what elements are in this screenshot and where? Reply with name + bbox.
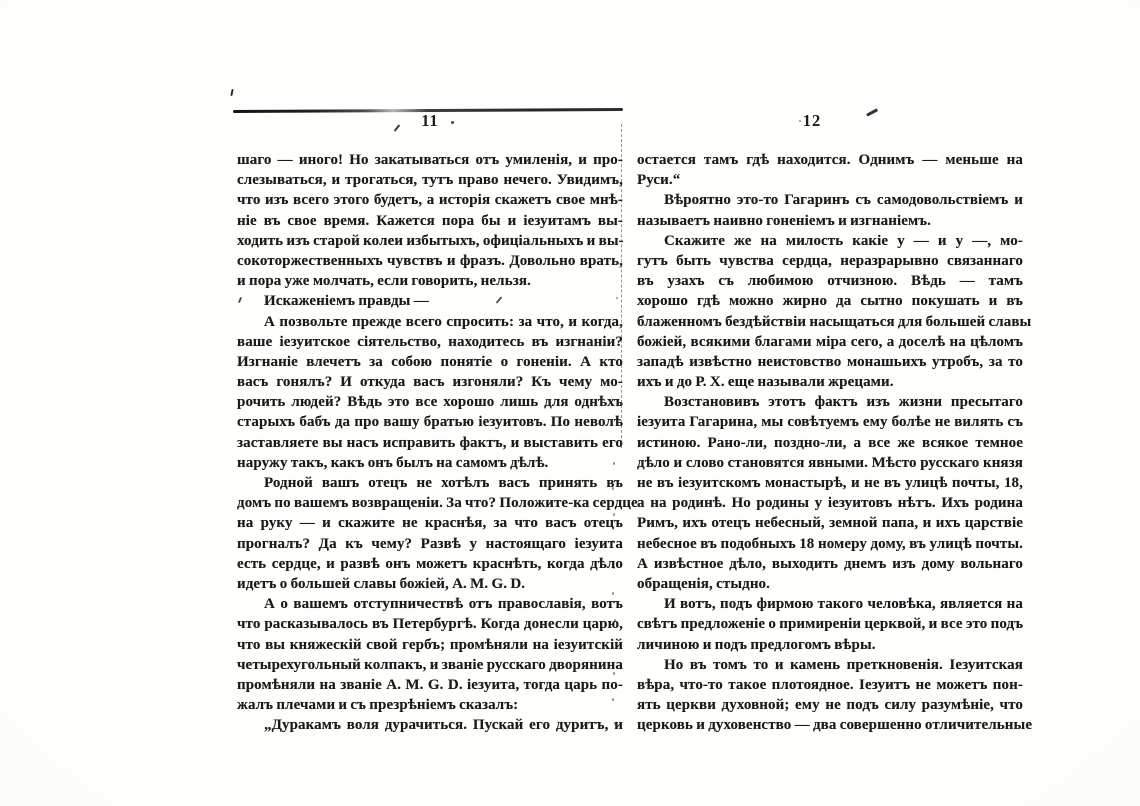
text-line: заставляете вы насъ исправить фактъ, и в… — [237, 433, 623, 453]
text-line: Римъ, ихъ отецъ небесный, земной папа, и… — [637, 513, 1023, 533]
text-line: ходить изъ старой колеи избытыхъ, офиціа… — [237, 231, 623, 251]
gutter-speck — [613, 672, 615, 675]
gutter-speck — [613, 462, 615, 465]
gutter-speck — [612, 646, 614, 649]
text-line: божіей, всякими благами міра сего, а дос… — [637, 332, 1023, 352]
text-line: что вы княжескій свой гербъ; промѣняли н… — [237, 635, 623, 655]
ink-speck — [230, 89, 233, 96]
text-line: хорошо гдѣ можно жирно да сытно покушать… — [637, 291, 1023, 311]
text-line: Скажите же на милость какіе у — и у —, м… — [637, 231, 1023, 251]
text-line: гутъ быть чувства сердца, неразрарывно с… — [637, 251, 1023, 271]
page-number-left: 11 — [237, 111, 623, 131]
gutter-binding-marks — [621, 124, 622, 448]
text-line: дѣло и слово становятся явными. Мѣсто ру… — [637, 453, 1023, 473]
page-12-text-column: остается тамъ гдѣ находится. Однимъ — ме… — [637, 150, 1023, 735]
text-line: личиною и подъ предлогомъ вѣры. — [637, 635, 1023, 655]
text-line: Искаженіемъ правды — — [237, 291, 623, 311]
text-line: въ узахъ съ любимою отчизною. Вѣдь — там… — [637, 271, 1023, 291]
text-line: Родной вашъ отецъ не хотѣлъ васъ принять… — [237, 473, 623, 493]
text-line: шаго — иного! Но закатываться отъ умилен… — [237, 150, 623, 170]
text-line: ваше іезуитское сіятельство, находитесь … — [237, 332, 623, 352]
gutter-speck — [614, 722, 616, 725]
text-line: А о вашемъ отступничествѣ отъ православі… — [237, 594, 623, 614]
text-line: Но въ томъ то и камень преткновенія. Іез… — [637, 655, 1023, 675]
text-line: ихъ и до Р. Х. еще называли жрецами. — [637, 372, 1023, 392]
text-line: старыхъ бабъ да про вашу братью іезуитов… — [237, 412, 623, 432]
text-line: рочить людей? Вѣдь это все хорошо лишь д… — [237, 392, 623, 412]
text-line: остается тамъ гдѣ находится. Однимъ — ме… — [637, 150, 1023, 170]
text-line: что изъ всего этого будетъ, а исторія ск… — [237, 190, 623, 210]
text-line: есть сердце, и развѣ онъ можетъ краснѣть… — [237, 554, 623, 574]
gutter-speck — [614, 619, 616, 622]
ink-speck — [616, 297, 618, 299]
text-line: прогналъ? Да къ чему? Развѣ у настоящаго… — [237, 534, 623, 554]
text-line: а на родинѣ. Но родины у іезуитовъ нѣтъ.… — [637, 493, 1023, 513]
text-line: и пора уже молчать, если говорить, нельз… — [237, 271, 623, 291]
text-line: Изгнаніе влечетъ за собою понятіе о гоне… — [237, 352, 623, 372]
text-line: четырехугольный колпакъ, и званіе русска… — [237, 655, 623, 675]
scanned-book-spread: 11 12 шаго — иного! Но закатываться отъ … — [0, 0, 1140, 806]
text-line: идетъ о большей славы божіей, A. M. G. D… — [237, 574, 623, 594]
text-line: Возстановивъ этотъ фактъ изъ жизни пресы… — [637, 392, 1023, 412]
gutter-speck — [612, 592, 614, 595]
text-line: И вотъ, подъ фирмою такого человѣка, явл… — [637, 594, 1023, 614]
text-line: жалъ плечами и съ презрѣніемъ сказалъ: — [237, 695, 623, 715]
ink-speck — [451, 121, 454, 124]
text-line: на руку — и скажите не краснѣя, за что в… — [237, 513, 623, 533]
text-line: домъ по вашемъ возвращеніи. За что? Поло… — [237, 493, 623, 513]
text-line: Вѣроятно это-то Гагаринъ съ самодовольст… — [637, 190, 1023, 210]
text-line: западѣ извѣстно неистовство монашьихъ ут… — [637, 352, 1023, 372]
text-line: называетъ наивно гоненіемъ и изгнаніемъ. — [637, 211, 1023, 231]
text-line: свѣтъ предложеніе о примиреніи церквой, … — [637, 614, 1023, 634]
text-line: блаженномъ бездѣйствіи насыщаться для бо… — [637, 312, 1023, 332]
text-line: ніе въ свое время. Кажется пора бы и іез… — [237, 211, 623, 231]
gutter-speck — [612, 487, 614, 490]
text-line: „Дуракамъ воля дурачиться. Пускай его ду… — [237, 715, 623, 735]
gutter-speck — [612, 698, 614, 701]
text-line: небесное въ подобныхъ 18 номеру дому, въ… — [637, 534, 1023, 554]
page-11-text-column: шаго — иного! Но закатываться отъ умилен… — [237, 150, 623, 735]
text-line: Руси.“ — [637, 170, 1023, 190]
text-line: іезуита Гагарина, мы совѣтуемъ ему болѣе… — [637, 412, 1023, 432]
text-line: вѣра, что-то такое плотоядное. Іезуитъ н… — [637, 675, 1023, 695]
text-line: А извѣстное дѣло, выходить днемъ изъ дом… — [637, 554, 1023, 574]
text-line: что расказывалось въ Петербургѣ. Когда д… — [237, 614, 623, 634]
page-number-right: 12 — [637, 111, 987, 131]
text-line: ять церкви духовной; ему не подъ силу ра… — [637, 695, 1023, 715]
gutter-speck — [612, 540, 614, 543]
text-line: церковь и духовенство — два совершенно о… — [637, 715, 1023, 735]
text-line: васъ гонялъ? И откуда васъ изгоняли? Къ … — [237, 372, 623, 392]
gutter-speck — [613, 513, 615, 516]
text-line: обращенія, стыдно. — [637, 574, 1023, 594]
ink-speck — [799, 120, 801, 122]
gutter-speck — [613, 566, 615, 569]
text-line: истиною. Рано-ли, поздно-ли, а все же вс… — [637, 433, 1023, 453]
text-line: слезываться, и трогаться, тутъ право неч… — [237, 170, 623, 190]
text-line: А позвольте прежде всего спросить: за чт… — [237, 312, 623, 332]
text-line: наружу такъ, какъ онъ былъ на самомъ дѣл… — [237, 453, 623, 473]
text-line: промѣняли на званіе A. M. G. D. іезуита,… — [237, 675, 623, 695]
text-line: не въ іезуитскомъ монастырѣ, и не въ ули… — [637, 473, 1023, 493]
text-line: сокоторжественныхъ чувствъ и фразъ. Дово… — [237, 251, 623, 271]
